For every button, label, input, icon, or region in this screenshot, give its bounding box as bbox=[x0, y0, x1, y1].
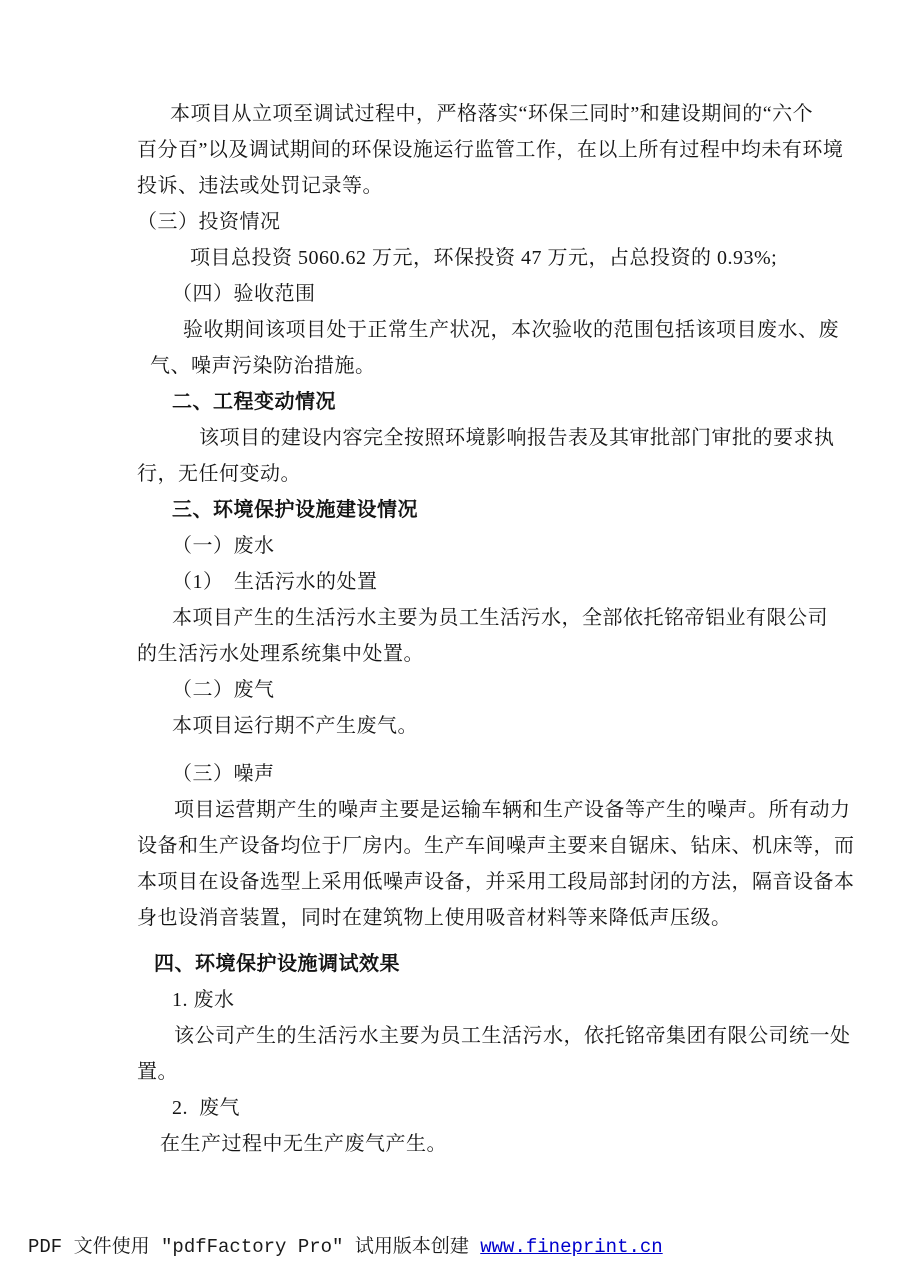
subsection-noise: （三）噪声 bbox=[104, 756, 864, 792]
paragraph-debug-waste-gas: 在生产过程中无生产废气产生。 bbox=[104, 1126, 864, 1162]
document-page: 本项目从立项至调试过程中，严格落实“环保三同时”和建设期间的“六个 百分百”以及… bbox=[0, 0, 900, 1273]
pdf-trial-footer-text: PDF 文件使用 ″pdfFactory Pro″ 试用版本创建 bbox=[28, 1236, 480, 1258]
paragraph-noise: 项目运营期产生的噪声主要是运输车辆和生产设备等产生的噪声。所有动力 设备和生产设… bbox=[104, 792, 864, 936]
subsection-domestic-sewage: （1） 生活污水的处置 bbox=[104, 564, 864, 600]
subsection-investment: （三）投资情况 bbox=[104, 204, 864, 240]
paragraph-compliance: 本项目从立项至调试过程中，严格落实“环保三同时”和建设期间的“六个 百分百”以及… bbox=[104, 96, 864, 204]
fineprint-link[interactable]: www.fineprint.cn bbox=[480, 1236, 662, 1258]
subsection-wastewater: （一）废水 bbox=[104, 528, 864, 564]
subsection-acceptance-scope: （四）验收范围 bbox=[104, 276, 864, 312]
heading-project-changes: 二、工程变动情况 bbox=[104, 384, 864, 420]
paragraph-investment: 项目总投资 5060.62 万元，环保投资 47 万元，占总投资的 0.93%; bbox=[104, 240, 864, 276]
paragraph-project-changes: 该项目的建设内容完全按照环境影响报告表及其审批部门审批的要求执 行，无任何变动。 bbox=[104, 420, 864, 492]
heading-env-facility-construction: 三、环境保护设施建设情况 bbox=[104, 492, 864, 528]
pdf-trial-footer: PDF 文件使用 ″pdfFactory Pro″ 试用版本创建 www.fin… bbox=[28, 1231, 663, 1258]
paragraph-acceptance-scope: 验收期间该项目处于正常生产状况，本次验收的范围包括该项目废水、废 气、噪声污染防… bbox=[104, 312, 864, 384]
heading-env-facility-debug: 四、环境保护设施调试效果 bbox=[104, 946, 864, 982]
document-body: 本项目从立项至调试过程中，严格落实“环保三同时”和建设期间的“六个 百分百”以及… bbox=[104, 96, 864, 1162]
subsection-waste-gas: （二）废气 bbox=[104, 672, 864, 708]
paragraph-waste-gas: 本项目运行期不产生废气。 bbox=[104, 708, 864, 744]
paragraph-debug-wastewater: 该公司产生的生活污水主要为员工生活污水，依托铭帝集团有限公司统一处 置。 bbox=[104, 1018, 864, 1090]
paragraph-domestic-sewage: 本项目产生的生活污水主要为员工生活污水，全部依托铭帝铝业有限公司 的生活污水处理… bbox=[104, 600, 864, 672]
subsection-debug-wastewater: 1. 废水 bbox=[104, 982, 864, 1018]
subsection-debug-waste-gas: 2. 废气 bbox=[104, 1090, 864, 1126]
